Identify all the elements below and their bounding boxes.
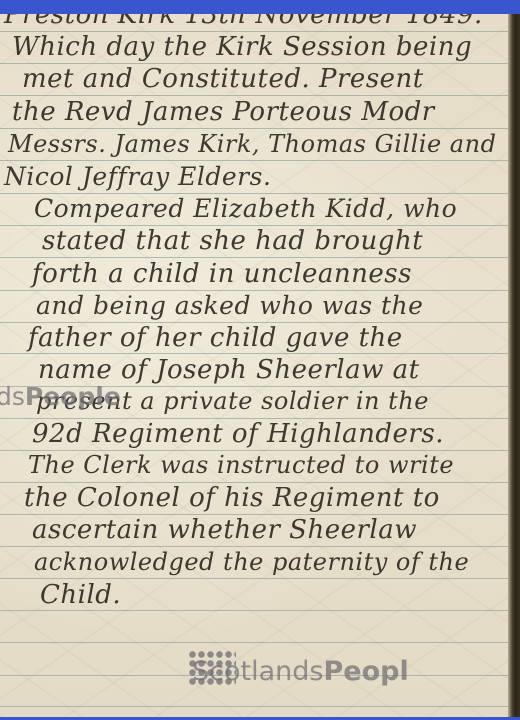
ruled-line xyxy=(0,353,508,354)
ruled-line xyxy=(0,642,508,643)
manuscript-line: present a private soldier in the xyxy=(36,387,429,415)
top-frame-bar xyxy=(0,0,520,14)
manuscript-line: acknowledged the paternity of the xyxy=(34,548,469,576)
ruled-line xyxy=(0,578,508,579)
manuscript-line: stated that she had brought xyxy=(42,226,423,256)
manuscript-line: ascertain whether Sheerlaw xyxy=(32,515,417,545)
ruled-line xyxy=(0,160,508,161)
manuscript-line: 92d Regiment of Highlanders. xyxy=(32,419,444,449)
manuscript-line: name of Joseph Sheerlaw at xyxy=(38,355,420,385)
manuscript-line: Messrs. James Kirk, Thomas Gillie and xyxy=(8,130,496,158)
manuscript-line: Child. xyxy=(40,580,121,610)
manuscript-line: Compeared Elizabeth Kidd, who xyxy=(34,194,457,223)
ruled-line xyxy=(0,706,508,707)
scotlandspeople-logo-icon xyxy=(188,650,236,686)
ruled-line xyxy=(0,257,508,258)
manuscript-line: father of her child gave the xyxy=(28,323,403,353)
ruled-line xyxy=(0,610,508,611)
manuscript-line: forth a child in uncleanness xyxy=(32,259,412,289)
manuscript-line: The Clerk was instructed to write xyxy=(28,451,454,479)
ruled-line xyxy=(0,546,508,547)
manuscript-line: Nicol Jeffray Elders. xyxy=(4,162,271,191)
manuscript-line: met and Constituted. Present xyxy=(22,64,424,94)
manuscript-line: the Colonel of his Regiment to xyxy=(24,483,440,513)
ruled-line xyxy=(0,675,508,676)
ruled-line xyxy=(0,128,508,129)
manuscript-line: the Revd James Porteous Modr xyxy=(12,97,435,127)
manuscript-line: Preston Kirk 13th November 1849. xyxy=(4,14,483,30)
manuscript-line: Which day the Kirk Session being xyxy=(12,32,472,62)
manuscript-page: Preston Kirk 13th November 1849. Which d… xyxy=(0,14,520,717)
watermark-bold: Peopl xyxy=(323,656,408,687)
ruled-line xyxy=(0,95,508,96)
page-binding-edge xyxy=(508,14,520,717)
manuscript-line: and being asked who was the xyxy=(36,291,423,320)
